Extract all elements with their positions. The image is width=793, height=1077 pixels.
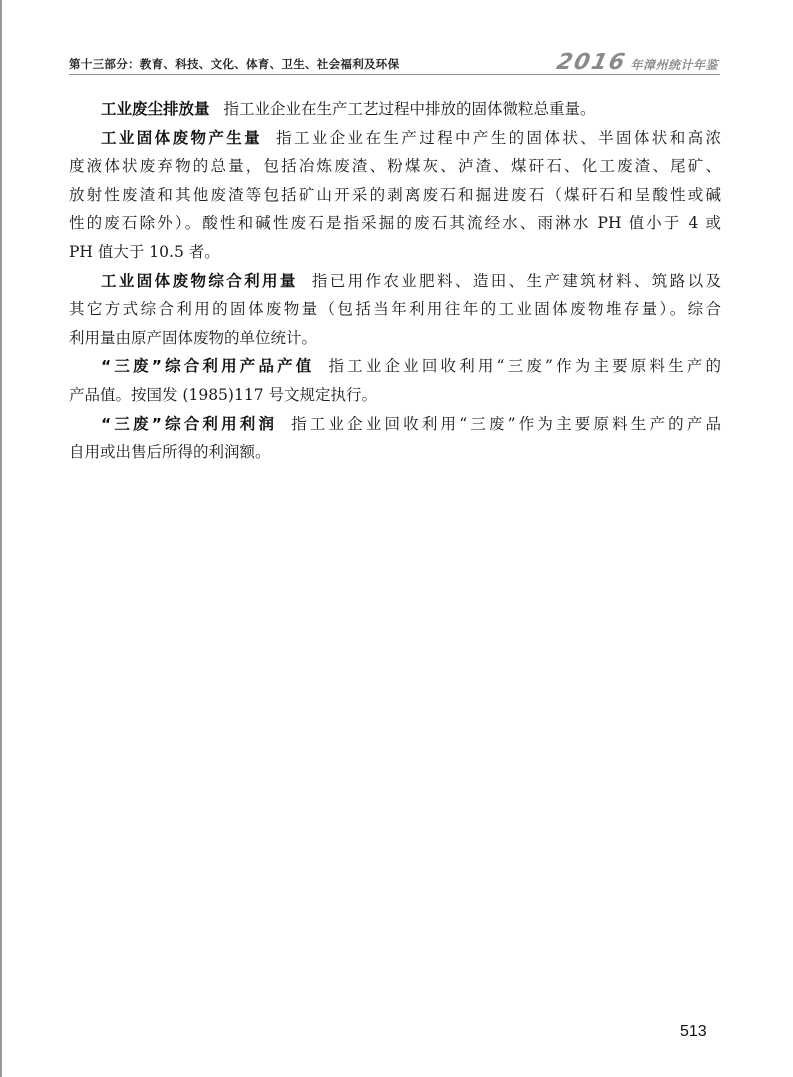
definition-term: 工业废尘排放量	[101, 100, 210, 118]
brand-title: 年漳州统计年鉴	[630, 56, 718, 73]
text-line: 自用或出售后所得的利润额。	[69, 438, 721, 467]
text-line: “三废”综合利用产品产值指工业企业回收利用“三废”作为主要原料生产的	[69, 352, 721, 381]
text-line: 其它方式综合利用的固体废物量（包括当年利用往年的工业固体废物堆存量）。综合	[69, 295, 721, 324]
text-line: 工业废尘排放量指工业企业在生产工艺过程中排放的固体微粒总重量。	[69, 95, 721, 124]
definition-term: 工业固体废物综合利用量	[101, 272, 298, 290]
definition-three-wastes-output-value: “三废”综合利用产品产值指工业企业回收利用“三废”作为主要原料生产的 产品值。按…	[69, 352, 721, 409]
yearbook-brand: 2016 年漳州统计年鉴	[557, 50, 718, 75]
definition-term: “三废”综合利用产品产值	[101, 357, 314, 375]
definition-solid-waste-utilized: 工业固体废物综合利用量指已用作农业肥料、造田、生产建筑材料、筑路以及 其它方式综…	[69, 267, 721, 353]
page-edge	[0, 0, 2, 1077]
document-body: 工业废尘排放量指工业企业在生产工艺过程中排放的固体微粒总重量。 工业固体废物产生…	[69, 95, 721, 467]
text-line: 度液体状废弃物的总量，包括冶炼废渣、粉煤灰、泸渣、煤矸石、化工废渣、尾矿、	[69, 152, 721, 181]
definition-term: 工业固体废物产生量	[101, 129, 262, 147]
definition-dust-emission: 工业废尘排放量指工业企业在生产工艺过程中排放的固体微粒总重量。	[69, 95, 721, 124]
text-line: 工业固体废物产生量指工业企业在生产过程中产生的固体状、半固体状和高浓	[69, 124, 721, 153]
text-line: 性的废石除外）。酸性和碱性废石是指采掘的废石其流经水、雨淋水 PH 值小于 4 …	[69, 209, 721, 238]
brand-year: 2016	[555, 50, 630, 75]
text-line: 产品值。按国发 (1985)117 号文规定执行。	[69, 381, 721, 410]
text-line: 放射性废渣和其他废渣等包括矿山开采的剥离废石和掘进废石（煤矸石和呈酸性或碱	[69, 181, 721, 210]
text-line: 利用量由原产固体废物的单位统计。	[69, 324, 721, 353]
definition-three-wastes-profit: “三废”综合利用利润指工业企业回收利用“三废”作为主要原料生产的产品 自用或出售…	[69, 410, 721, 467]
section-title: 第十三部分：教育、科技、文化、体育、卫生、社会福利及环保	[69, 56, 399, 72]
definition-term: “三废”综合利用利润	[101, 415, 277, 433]
running-header: 第十三部分：教育、科技、文化、体育、卫生、社会福利及环保 2016 年漳州统计年…	[69, 52, 720, 75]
page-number: 513	[680, 1023, 707, 1041]
definition-solid-waste-generated: 工业固体废物产生量指工业企业在生产过程中产生的固体状、半固体状和高浓 度液体状废…	[69, 124, 721, 267]
text-line: 工业固体废物综合利用量指已用作农业肥料、造田、生产建筑材料、筑路以及	[69, 267, 721, 296]
text-line: PH 值大于 10.5 者。	[69, 238, 721, 267]
text-line: “三废”综合利用利润指工业企业回收利用“三废”作为主要原料生产的产品	[69, 410, 721, 439]
